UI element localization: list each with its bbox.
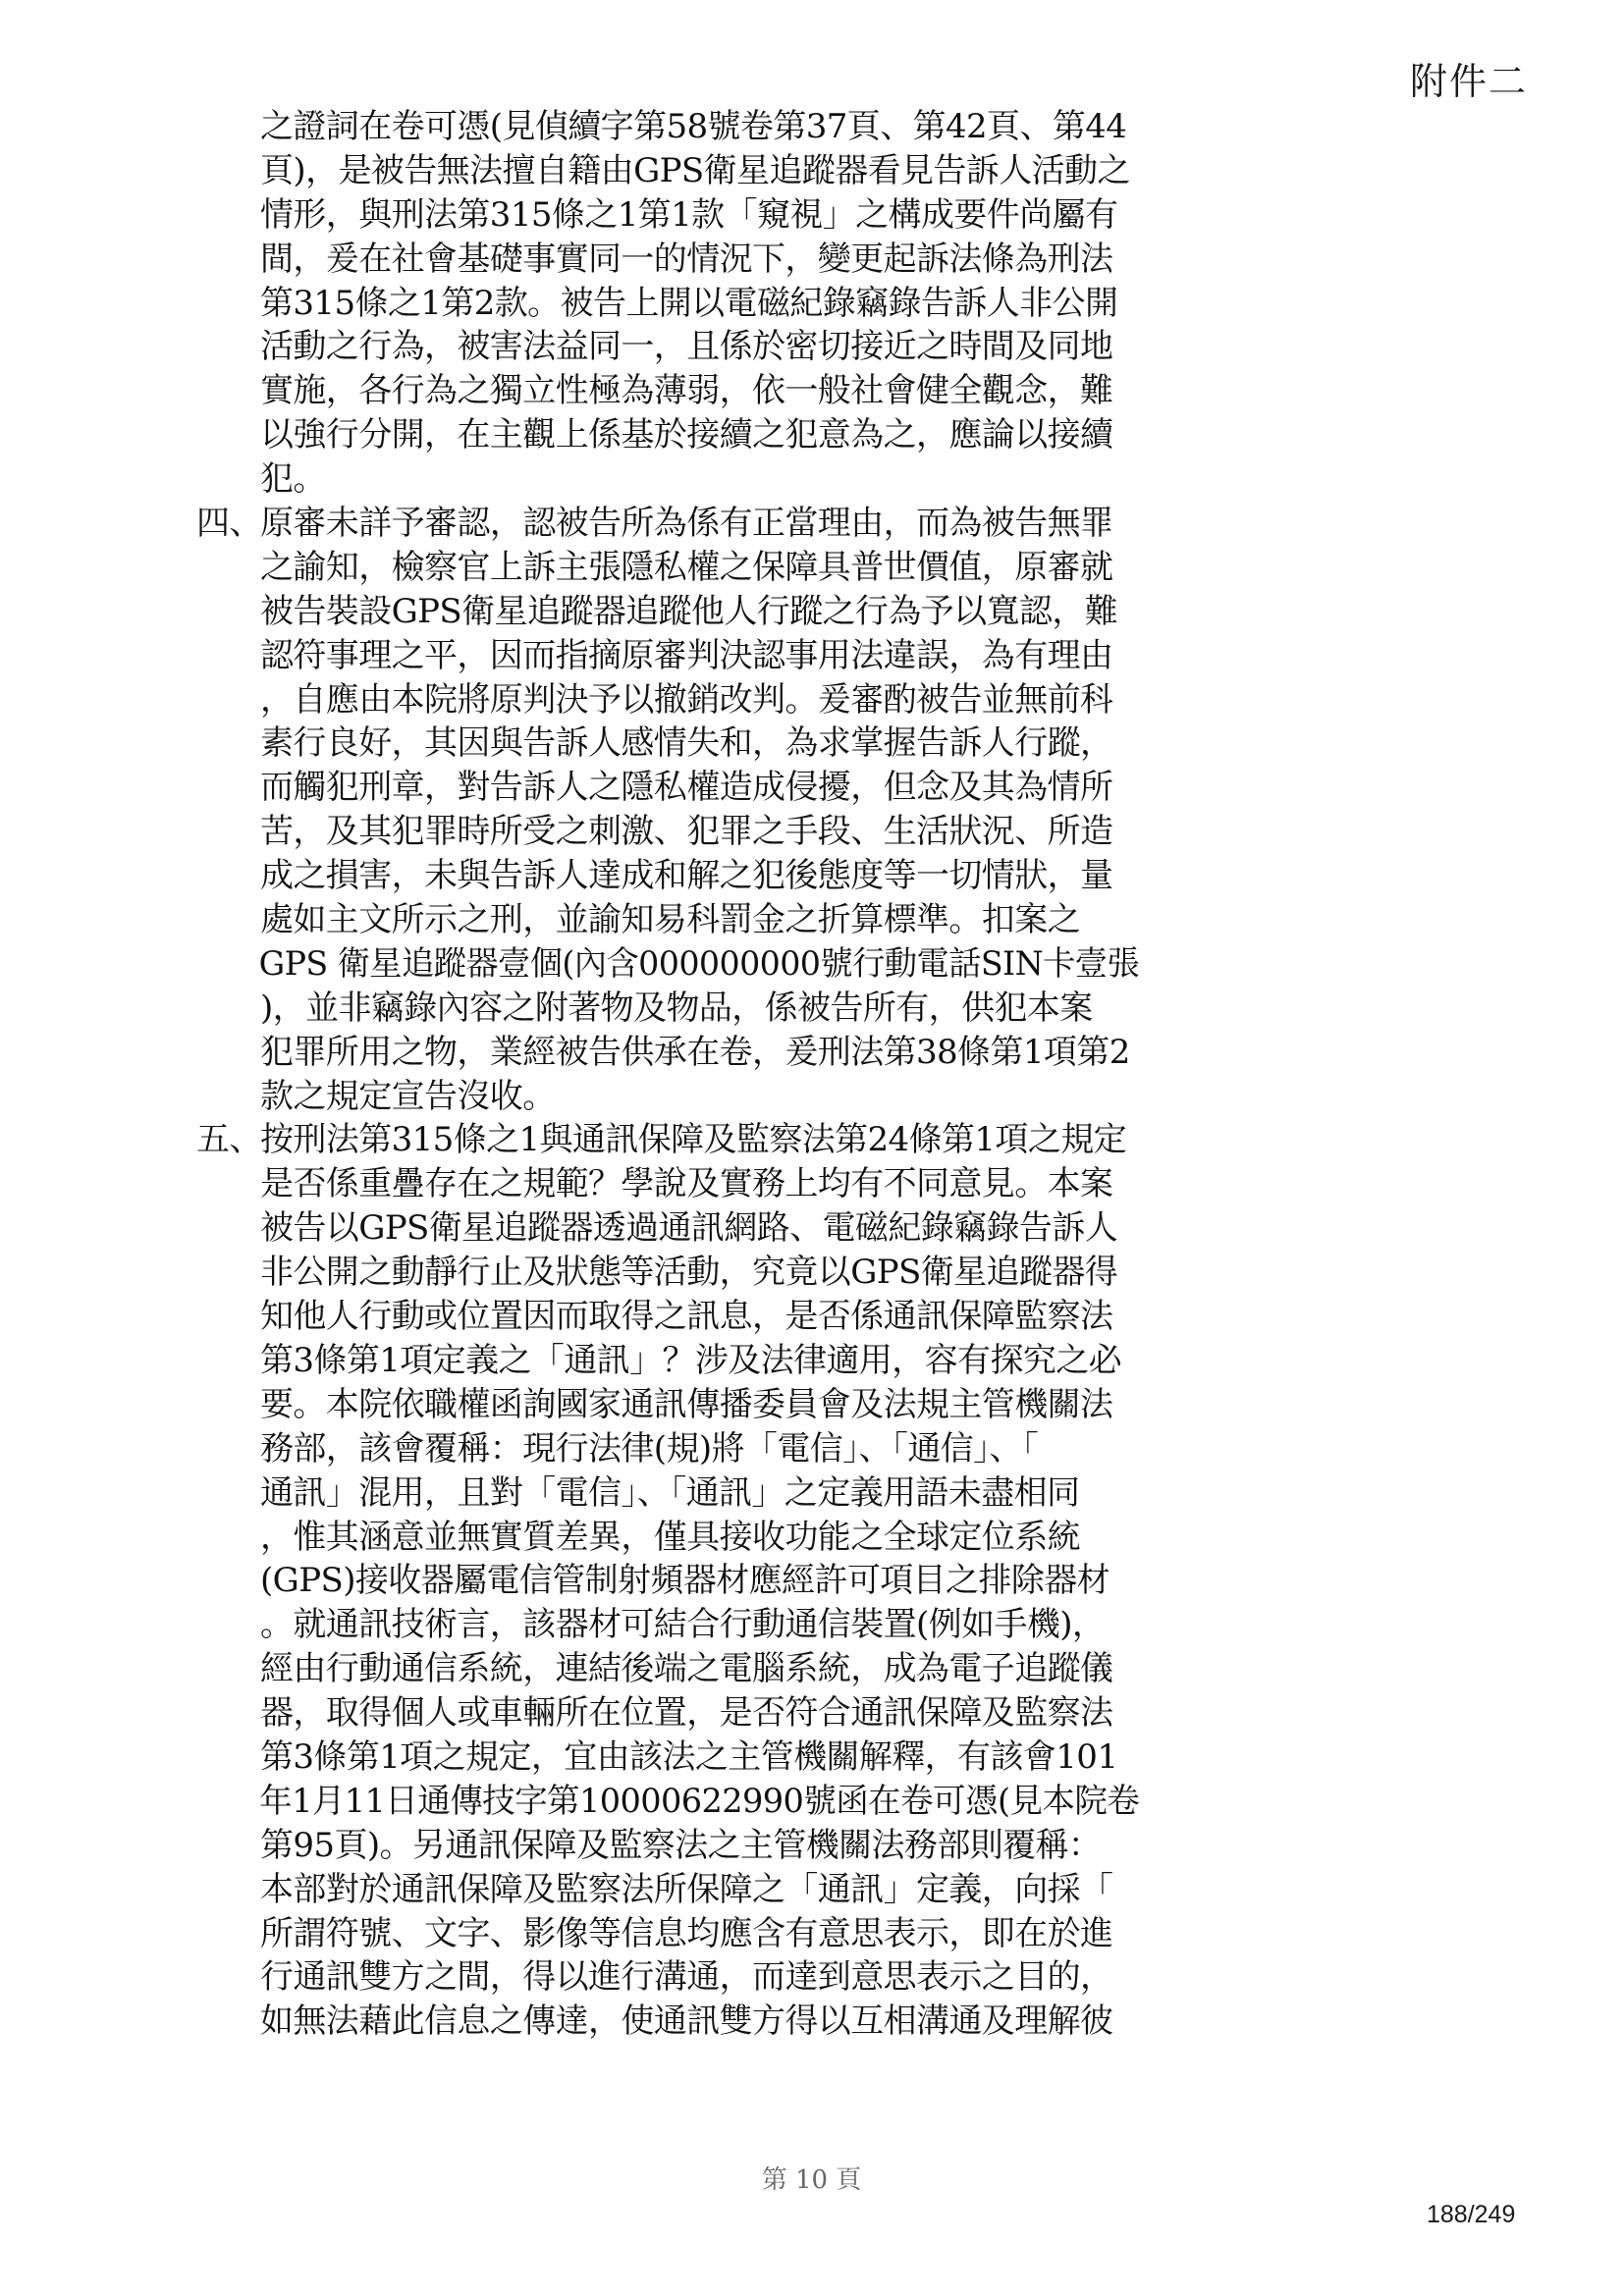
text-line: 務部，該會覆稱：現行法律(規)將「電信」、「通信」、「	[196, 1427, 1139, 1471]
text-line: 第315條之1第2款。被告上開以電磁紀錄竊錄告訴人非公開	[196, 282, 1139, 326]
text-line: 器，取得個人或車輛所在位置，是否符合通訊保障及監察法	[196, 1691, 1139, 1735]
text-line: 之證詞在卷可憑(見偵續字第58號卷第37頁、第42頁、第44	[196, 105, 1139, 149]
text-line: 而觸犯刑章，對告訴人之隱私權造成侵擾，但念及其為情所	[196, 766, 1139, 810]
text-line: 是否係重疊存在之規範？學說及實務上均有不同意見。本案	[196, 1162, 1139, 1206]
text-line: ，自應由本院將原判決予以撤銷改判。爰審酌被告並無前科	[196, 678, 1139, 722]
text-line: 素行良好，其因與告訴人感情失和，為求掌握告訴人行蹤，	[196, 721, 1139, 766]
text-line: 處如主文所示之刑，並諭知易科罰金之折算標準。扣案之	[196, 898, 1139, 942]
section-first-line: 四、原審未詳予審認，認被告所為係有正當理由，而為被告無罪	[196, 502, 1139, 546]
text-line: GPS 衛星追蹤器壹個(內含000000000號行動電話SIN卡壹張	[196, 942, 1118, 987]
text-line: 要。本院依職權函詢國家通訊傳播委員會及法規主管機關法	[196, 1383, 1139, 1427]
text-line: (GPS)接收器屬電信管制射頻器材應經許可項目之排除器材	[196, 1559, 1139, 1603]
text-line: 經由行動通信系統，連結後端之電腦系統，成為電子追蹤儀	[196, 1647, 1139, 1691]
attachment-label: 附件二	[1410, 51, 1528, 105]
text-line: 犯罪所用之物，業經被告供承在卷，爰刑法第38條第1項第2	[196, 1031, 1139, 1075]
text-line: 第3條第1項之規定，宜由該法之主管機關解釋，有該會101	[196, 1735, 1139, 1780]
text-line: 。就通訊技術言，該器材可結合行動通信裝置(例如手機)，	[196, 1603, 1139, 1647]
text-line: 第3條第1項定義之「通訊」？涉及法律適用，容有探究之必	[196, 1339, 1139, 1383]
text-line: 款之規定宣告沒收。	[196, 1075, 1139, 1119]
text-line: 以強行分開，在主觀上係基於接續之犯意為之，應論以接續	[196, 413, 1139, 457]
text-line: 被告以GPS衛星追蹤器透過通訊網路、電磁紀錄竊錄告訴人	[196, 1206, 1139, 1251]
text-line: )，並非竊錄內容之附著物及物品，係被告所有，供犯本案	[196, 987, 1139, 1031]
section-marker: 四、	[196, 502, 260, 546]
section-five: 五、按刑法第315條之1與通訊保障及監察法第24條第1項之規定 是否係重疊存在之…	[196, 1118, 1139, 2044]
text-line: 實施，各行為之獨立性極為薄弱，依一般社會健全觀念，難	[196, 369, 1139, 413]
page-number: 第 10 頁	[0, 2160, 1623, 2196]
text-line: 本部對於通訊保障及監察法所保障之「通訊」定義，向採「	[196, 1868, 1139, 1912]
section-marker: 五、	[196, 1118, 260, 1162]
text-line: 非公開之動靜行止及狀態等活動，究竟以GPS衛星追蹤器得	[196, 1251, 1139, 1295]
text-line: 苦，及其犯罪時所受之刺激、犯罪之手段、生活狀況、所造	[196, 810, 1139, 854]
section-first-line: 五、按刑法第315條之1與通訊保障及監察法第24條第1項之規定	[196, 1118, 1139, 1162]
section-four: 四、原審未詳予審認，認被告所為係有正當理由，而為被告無罪 之諭知，檢察官上訴主張…	[196, 502, 1139, 1118]
text-line: 原審未詳予審認，認被告所為係有正當理由，而為被告無罪	[260, 504, 1112, 543]
text-line: 認符事理之平，因而指摘原審判決認事用法違誤，為有理由	[196, 634, 1139, 678]
text-line: 成之損害，未與告訴人達成和解之犯後態度等一切情狀，量	[196, 854, 1139, 898]
text-line: 行通訊雙方之間，得以進行溝通，而達到意思表示之目的，	[196, 1955, 1139, 2000]
text-line: 犯。	[196, 457, 1139, 502]
text-line: 情形，與刑法第315條之1第1款「窺視」之構成要件尚屬有	[196, 193, 1139, 238]
text-line: 如無法藉此信息之傳達，使通訊雙方得以互相溝通及理解彼	[196, 2000, 1139, 2044]
text-line: 間，爰在社會基礎事實同一的情況下，變更起訴法條為刑法	[196, 238, 1139, 282]
text-line: 活動之行為，被害法益同一，且係於密切接近之時間及同地	[196, 325, 1139, 369]
text-line: 頁)，是被告無法擅自籍由GPS衛星追蹤器看見告訴人活動之	[196, 149, 1139, 193]
text-line: ，惟其涵意並無實質差異，僅具接收功能之全球定位系統	[196, 1516, 1139, 1560]
continuation-paragraph: 之證詞在卷可憑(見偵續字第58號卷第37頁、第42頁、第44 頁)，是被告無法擅…	[196, 105, 1139, 502]
text-line: 第95頁)。另通訊保障及監察法之主管機關法務部則覆稱：	[196, 1824, 1139, 1868]
text-line: 被告裝設GPS衛星追蹤器追蹤他人行蹤之行為予以寬認，難	[196, 590, 1139, 634]
text-line: 所謂符號、文字、影像等信息均應含有意思表示，即在於進	[196, 1912, 1139, 1956]
page-count: 188/249	[1427, 2201, 1515, 2229]
text-line: 年1月11日通傳技字第10000622990號函在卷可憑(見本院卷	[196, 1780, 1126, 1824]
text-line: 通訊」混用，且對「電信」、「通訊」之定義用語未盡相同	[196, 1471, 1139, 1516]
document-body: 之證詞在卷可憑(見偵續字第58號卷第37頁、第42頁、第44 頁)，是被告無法擅…	[196, 105, 1139, 2044]
text-line: 按刑法第315條之1與通訊保障及監察法第24條第1項之規定	[260, 1120, 1126, 1159]
text-line: 知他人行動或位置因而取得之訊息，是否係通訊保障監察法	[196, 1295, 1139, 1339]
text-line: 之諭知，檢察官上訴主張隱私權之保障具普世價值，原審就	[196, 546, 1139, 590]
